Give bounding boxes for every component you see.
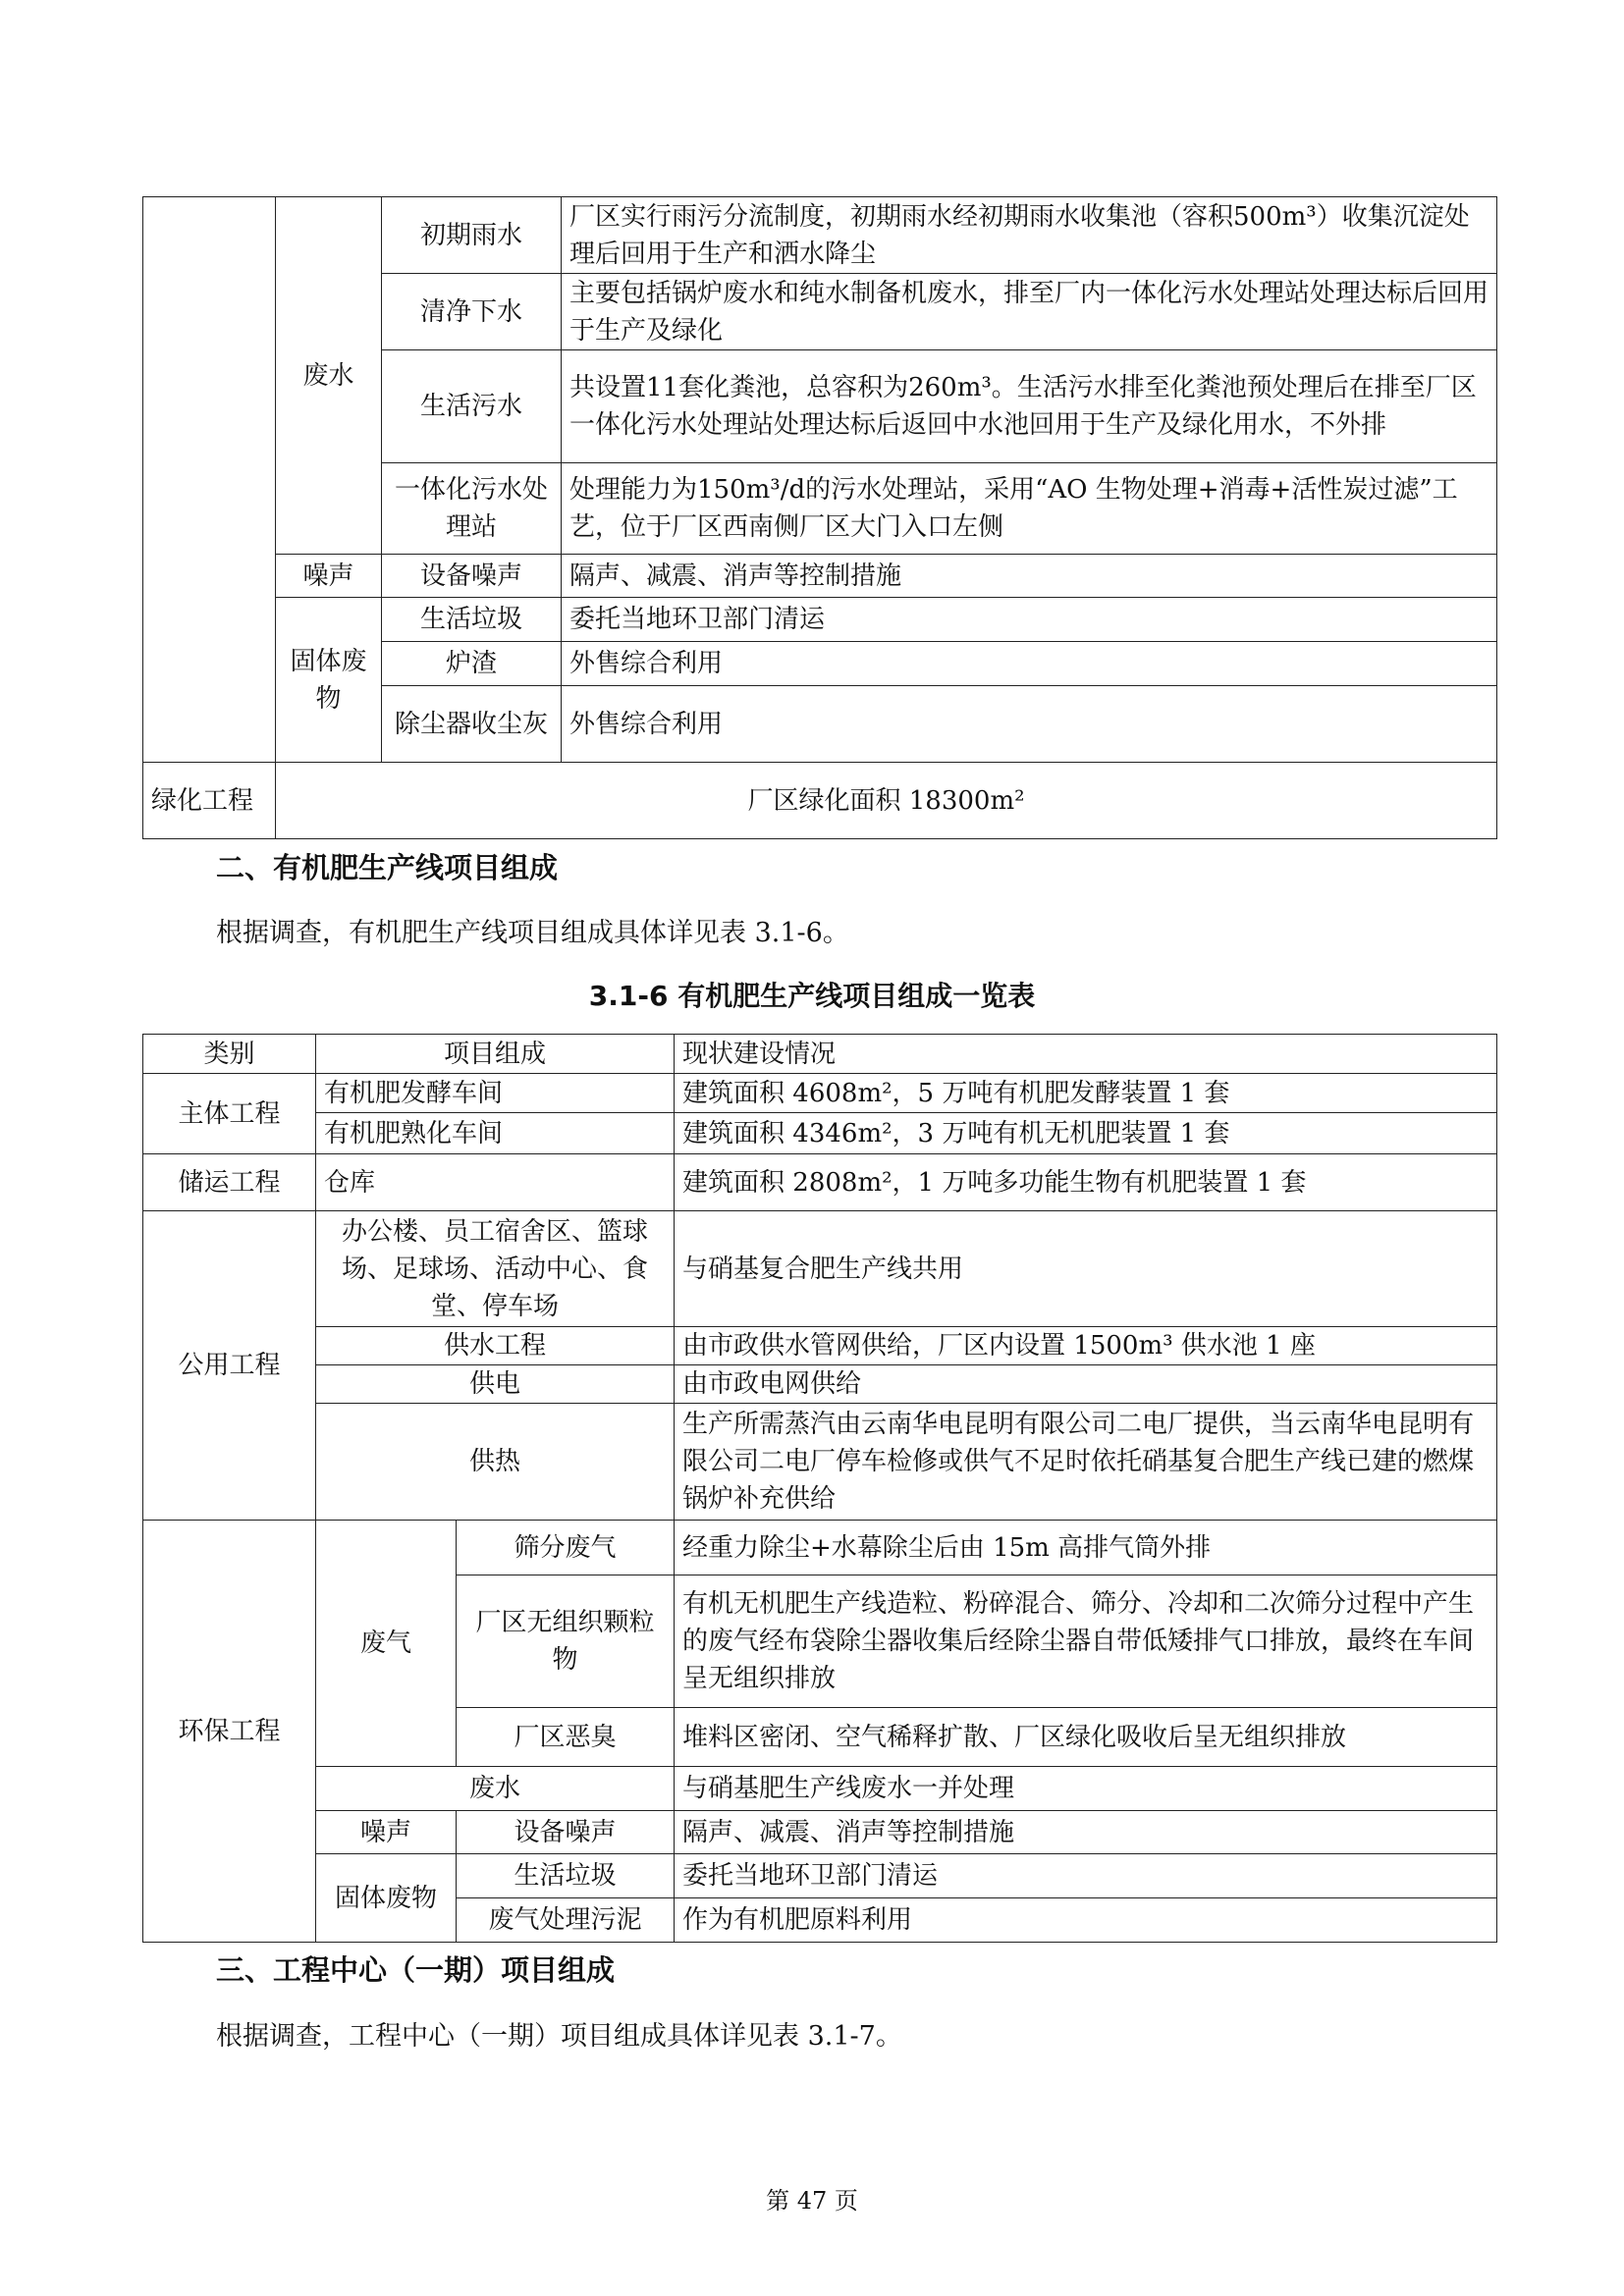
desc-cell: 建筑面积 2808m²，1 万吨多功能生物有机肥装置 1 套 [675, 1154, 1497, 1211]
category-cell: 废水 [276, 197, 382, 555]
table-row: 噪声 设备噪声 隔声、减震、消声等控制措施 [143, 555, 1497, 598]
item-cell: 仓库 [316, 1154, 675, 1211]
desc-cell: 外售综合利用 [562, 686, 1497, 763]
table-row: 供电 由市政电网供给 [143, 1365, 1497, 1404]
item-cell: 废气处理污泥 [457, 1898, 675, 1943]
desc-cell: 与硝基肥生产线废水一并处理 [675, 1767, 1497, 1811]
category-cell: 固体废物 [276, 598, 382, 763]
item-cell: 供电 [316, 1365, 675, 1404]
desc-cell: 建筑面积 4346m²，3 万吨有机无机肥装置 1 套 [675, 1113, 1497, 1154]
item-cell: 生活污水 [382, 350, 562, 463]
category-cell-empty [143, 197, 276, 763]
table-green-row: 绿化工程 厂区绿化面积 18300m² [142, 762, 1497, 839]
item-cell: 一体化污水处理站 [382, 463, 562, 555]
desc-cell: 生产所需蒸汽由云南华电昆明有限公司二电厂提供，当云南华电昆明有限公司二电厂停车检… [675, 1404, 1497, 1521]
section-heading: 二、有机肥生产线项目组成 [216, 846, 558, 886]
page-number: 第 47 页 [0, 2181, 1624, 2216]
item-cell: 筛分废气 [457, 1521, 675, 1575]
header-cell: 现状建设情况 [675, 1035, 1497, 1074]
table-row: 储运工程 仓库 建筑面积 2808m²，1 万吨多功能生物有机肥装置 1 套 [143, 1154, 1497, 1211]
table-row: 有机肥熟化车间 建筑面积 4346m²，3 万吨有机无机肥装置 1 套 [143, 1113, 1497, 1154]
desc-cell: 厂区实行雨污分流制度，初期雨水经初期雨水收集池（容积500m³）收集沉淀处理后回… [562, 197, 1497, 274]
desc-cell: 隔声、减震、消声等控制措施 [675, 1811, 1497, 1854]
desc-cell: 与硝基复合肥生产线共用 [675, 1211, 1497, 1327]
table-row: 供水工程 由市政供水管网供给，厂区内设置 1500m³ 供水池 1 座 [143, 1327, 1497, 1365]
item-cell: 供水工程 [316, 1327, 675, 1365]
item-cell: 厂区恶臭 [457, 1708, 675, 1767]
desc-cell: 隔声、减震、消声等控制措施 [562, 555, 1497, 598]
category-cell: 环保工程 [143, 1521, 316, 1943]
desc-cell: 堆料区密闭、空气稀释扩散、厂区绿化吸收后呈无组织排放 [675, 1708, 1497, 1767]
desc-cell: 作为有机肥原料利用 [675, 1898, 1497, 1943]
paragraph: 根据调查，工程中心（一期）项目组成具体详见表 3.1-7。 [216, 2014, 902, 2053]
desc-cell: 有机无机肥生产线造粒、粉碎混合、筛分、冷却和二次筛分过程中产生的废气经布袋除尘器… [675, 1575, 1497, 1708]
paragraph: 根据调查，有机肥生产线项目组成具体详见表 3.1-6。 [216, 911, 849, 949]
header-cell: 项目组成 [316, 1035, 675, 1074]
table-row: 废水 与硝基肥生产线废水一并处理 [143, 1767, 1497, 1811]
table-row: 供热 生产所需蒸汽由云南华电昆明有限公司二电厂提供，当云南华电昆明有限公司二电厂… [143, 1404, 1497, 1521]
category-cell: 储运工程 [143, 1154, 316, 1211]
item-cell: 设备噪声 [382, 555, 562, 598]
item-cell: 设备噪声 [457, 1811, 675, 1854]
table-row: 公用工程 办公楼、员工宿舍区、篮球场、足球场、活动中心、食堂、停车场 与硝基复合… [143, 1211, 1497, 1327]
item-cell: 废水 [316, 1767, 675, 1811]
desc-cell: 经重力除尘+水幕除尘后由 15m 高排气筒外排 [675, 1521, 1497, 1575]
item-cell: 初期雨水 [382, 197, 562, 274]
desc-cell: 由市政电网供给 [675, 1365, 1497, 1404]
item-cell: 供热 [316, 1404, 675, 1521]
item-cell: 办公楼、员工宿舍区、篮球场、足球场、活动中心、食堂、停车场 [316, 1211, 675, 1327]
desc-cell: 建筑面积 4608m²，5 万吨有机肥发酵装置 1 套 [675, 1074, 1497, 1113]
subcategory-cell: 固体废物 [316, 1854, 457, 1943]
table-row: 固体废物 生活垃圾 委托当地环卫部门清运 [143, 1854, 1497, 1898]
category-cell: 主体工程 [143, 1074, 316, 1154]
item-cell: 生活垃圾 [382, 598, 562, 642]
table-row: 绿化工程 厂区绿化面积 18300m² [143, 763, 1497, 839]
table-row: 废水 初期雨水 厂区实行雨污分流制度，初期雨水经初期雨水收集池（容积500m³）… [143, 197, 1497, 274]
desc-cell: 处理能力为150m³/d的污水处理站，采用“AO 生物处理+消毒+活性炭过滤”工… [562, 463, 1497, 555]
item-cell: 除尘器收尘灰 [382, 686, 562, 763]
desc-cell: 外售综合利用 [562, 642, 1497, 686]
item-cell: 生活垃圾 [457, 1854, 675, 1898]
subcategory-cell: 噪声 [316, 1811, 457, 1854]
category-cell: 绿化工程 [143, 763, 276, 839]
header-cell: 类别 [143, 1035, 316, 1074]
section-heading: 三、工程中心（一期）项目组成 [216, 1949, 615, 1989]
item-cell: 炉渣 [382, 642, 562, 686]
item-cell: 有机肥发酵车间 [316, 1074, 675, 1113]
item-cell: 有机肥熟化车间 [316, 1113, 675, 1154]
table-row: 环保工程 废气 筛分废气 经重力除尘+水幕除尘后由 15m 高排气筒外排 [143, 1521, 1497, 1575]
table-header-row: 类别 项目组成 现状建设情况 [143, 1035, 1497, 1074]
subcategory-cell: 废气 [316, 1521, 457, 1767]
desc-cell: 委托当地环卫部门清运 [675, 1854, 1497, 1898]
table-3-1-6: 类别 项目组成 现状建设情况 主体工程 有机肥发酵车间 建筑面积 4608m²，… [142, 1034, 1497, 1943]
table-row: 噪声 设备噪声 隔声、减震、消声等控制措施 [143, 1811, 1497, 1854]
desc-cell: 厂区绿化面积 18300m² [276, 763, 1497, 839]
desc-cell: 委托当地环卫部门清运 [562, 598, 1497, 642]
category-cell: 噪声 [276, 555, 382, 598]
category-cell: 公用工程 [143, 1211, 316, 1521]
item-cell: 厂区无组织颗粒物 [457, 1575, 675, 1708]
table-caption: 3.1-6 有机肥生产线项目组成一览表 [0, 975, 1624, 1014]
item-cell: 清净下水 [382, 274, 562, 350]
table-row: 主体工程 有机肥发酵车间 建筑面积 4608m²，5 万吨有机肥发酵装置 1 套 [143, 1074, 1497, 1113]
desc-cell: 主要包括锅炉废水和纯水制备机废水，排至厂内一体化污水处理站处理达标后回用于生产及… [562, 274, 1497, 350]
table-row: 固体废物 生活垃圾 委托当地环卫部门清运 [143, 598, 1497, 642]
desc-cell: 共设置11套化粪池，总容积为260m³。生活污水排至化粪池预处理后在排至厂区一体… [562, 350, 1497, 463]
table-continuation: 废水 初期雨水 厂区实行雨污分流制度，初期雨水经初期雨水收集池（容积500m³）… [142, 196, 1497, 763]
desc-cell: 由市政供水管网供给，厂区内设置 1500m³ 供水池 1 座 [675, 1327, 1497, 1365]
